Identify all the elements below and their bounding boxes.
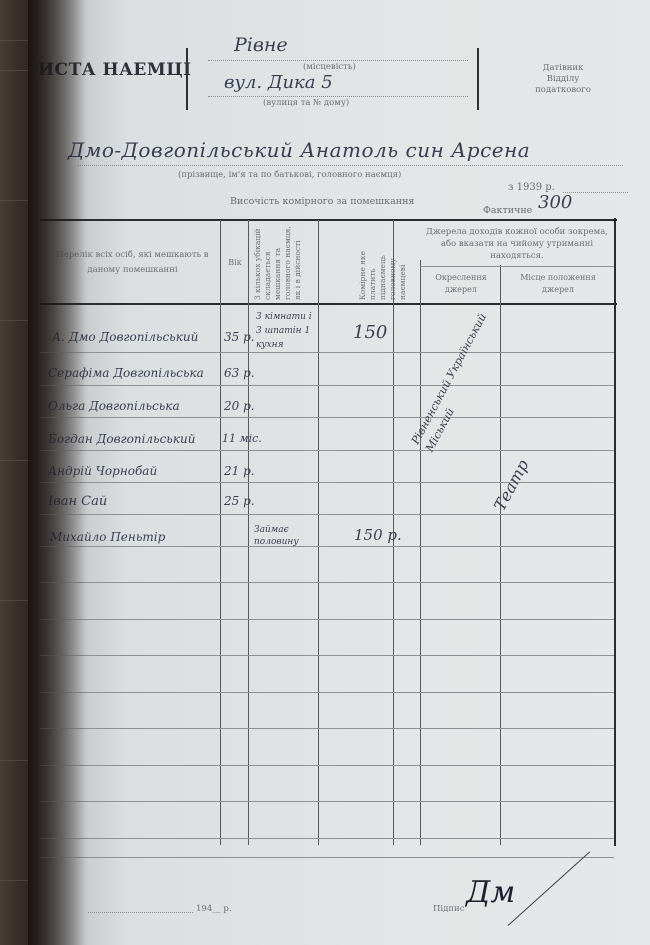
row-name: Ольга Довгопільська	[48, 399, 180, 413]
row-name: Іван Сай	[48, 494, 107, 509]
row-line	[40, 655, 614, 656]
signature-value: Дм	[466, 875, 515, 910]
table-right-border	[614, 218, 616, 846]
form-title: ИСТА НАЕМЦІ	[38, 60, 192, 80]
street-caption: (вулиця та № дому)	[263, 98, 349, 108]
header-income-group: Джерела доходів кожної особи зокрема, аб…	[424, 226, 610, 262]
stamp-line: Датівник	[508, 63, 618, 74]
head-tenant-caption: (прізвище, ім'я та по батькові, головног…	[178, 170, 401, 180]
row-age: 21 р.	[224, 464, 255, 478]
rent-label: Височість комірного за помешкання	[230, 196, 414, 207]
header-income-defined: Окреслення джерел	[424, 272, 498, 296]
header-divider-left	[186, 48, 188, 110]
header-rent-paid: Комірне яке платить піднаємець головному…	[358, 226, 408, 300]
actual-value: 300	[538, 192, 572, 213]
row-age: 25 р.	[224, 494, 255, 508]
income-source-note: Рівненський Український Міський	[408, 308, 507, 455]
row-line	[40, 385, 614, 386]
stamp-line: Відділу	[508, 74, 618, 85]
street-value: вул. Дика 5	[224, 72, 333, 93]
row-name: А. Дмо Довгопільський	[52, 330, 198, 344]
income-location-note: Театр	[490, 456, 533, 514]
row-name: Серафіма Довгопільська	[48, 366, 204, 380]
header-rooms: З кількох убікацій складається мешкання …	[253, 226, 303, 300]
year-line	[563, 192, 628, 193]
row-line	[40, 857, 614, 858]
row-rooms: 3 кімнати і 3 шпатін 1 кухня	[256, 310, 318, 352]
actual-label: Фактичне	[483, 205, 532, 216]
row-line	[40, 765, 614, 766]
row-line	[40, 417, 614, 418]
header-persons: Перелік всіх осіб, які мешкають в даному…	[50, 248, 215, 278]
row-rent: 150 р.	[354, 526, 402, 544]
row-age: 11 міс.	[222, 432, 262, 445]
row-line	[40, 838, 614, 839]
locality-value: Рівне	[234, 34, 288, 56]
col-divider	[420, 260, 421, 845]
header-divider-right	[477, 48, 479, 110]
date-label: 194__ р.	[196, 904, 232, 914]
head-tenant-line	[78, 165, 623, 166]
stamp-block: Датівник Відділу податкового	[508, 63, 618, 96]
row-line	[40, 514, 614, 515]
row-age: 35 р.	[224, 330, 255, 344]
row-line	[40, 619, 614, 620]
row-line	[40, 582, 614, 583]
stamp-line: податкового	[508, 85, 618, 96]
row-line	[40, 546, 614, 547]
income-subheader-line	[420, 266, 614, 267]
row-line	[40, 692, 614, 693]
form-page: ИСТА НАЕМЦІ Рівне (місцевість) вул. Дика…	[28, 0, 650, 945]
rooms-text: Займає половину	[254, 525, 299, 547]
row-line	[40, 450, 614, 451]
table-header-bottom	[40, 303, 617, 305]
row-name: Андрій Чорнобай	[48, 464, 157, 478]
row-rent: 150	[353, 322, 387, 343]
locality-line	[208, 60, 468, 61]
col-divider	[248, 220, 249, 845]
row-age: 63 р.	[224, 366, 255, 380]
date-line	[88, 912, 193, 913]
signature-stroke	[508, 852, 590, 926]
row-age: 20 р.	[224, 399, 255, 413]
row-line	[40, 801, 614, 802]
row-line	[40, 482, 614, 483]
row-line	[40, 728, 614, 729]
header-income-location: Місце положення джерел	[504, 272, 612, 296]
row-line	[40, 352, 614, 353]
row-rooms: Займає половину	[254, 524, 316, 548]
header-age: Вік	[222, 258, 248, 267]
row-name: Михайло Пеньтір	[50, 530, 165, 544]
signature-label: Підпис	[433, 904, 464, 914]
col-divider	[318, 220, 319, 845]
street-line	[208, 96, 468, 97]
head-tenant-value: Дмо-Довгопільський Анатоль син Арсена	[68, 138, 530, 162]
locality-caption: (місцевість)	[303, 62, 356, 72]
col-divider	[220, 220, 221, 845]
row-name: Богдан Довгопільський	[48, 432, 195, 446]
rooms-text: 3 кімнати і 3 шпатін 1 кухня	[256, 312, 312, 350]
table-top-border	[40, 219, 617, 221]
